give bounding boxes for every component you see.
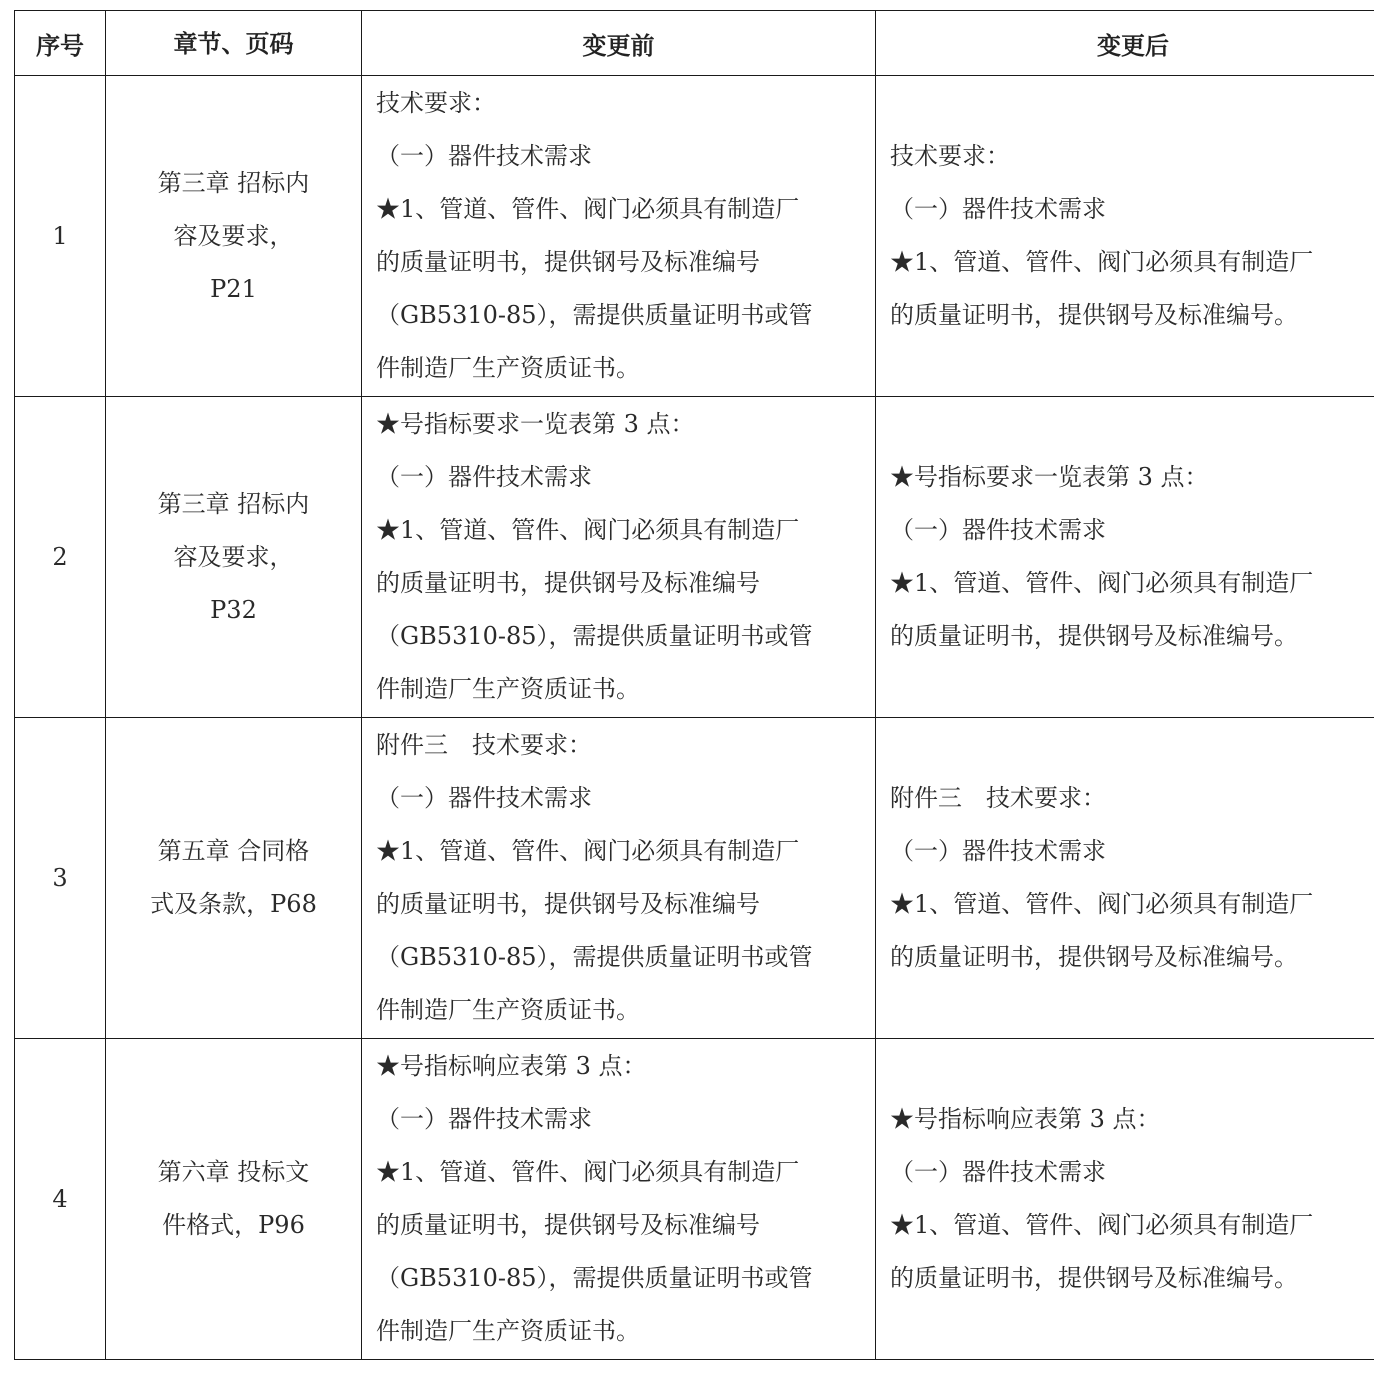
before-cell: ★号指标响应表第 3 点： （一）器件技术需求 ★1、管道、管件、阀门必须具有制… <box>362 1039 876 1360</box>
before-line: 附件三 技术要求： <box>376 719 861 772</box>
chapter-line: 容及要求， <box>120 531 347 584</box>
before-line: ★号指标要求一览表第 3 点： <box>376 398 861 451</box>
chapter-page-cell: 第五章 合同格 式及条款，P68 <box>106 718 362 1039</box>
header-after: 变更后 <box>876 11 1374 76</box>
before-line: ★1、管道、管件、阀门必须具有制造厂 <box>376 183 861 236</box>
before-line: 件制造厂生产资质证书。 <box>376 663 861 716</box>
before-line: 件制造厂生产资质证书。 <box>376 984 861 1037</box>
after-cell: ★号指标响应表第 3 点： （一）器件技术需求 ★1、管道、管件、阀门必须具有制… <box>876 1039 1374 1360</box>
after-line: 技术要求： <box>890 130 1374 183</box>
before-cell: 技术要求： （一）器件技术需求 ★1、管道、管件、阀门必须具有制造厂 的质量证明… <box>362 76 876 397</box>
before-line: （GB5310-85），需提供质量证明书或管 <box>376 610 861 663</box>
chapter-line: 式及条款，P68 <box>120 878 347 931</box>
chapter-page-cell: 第六章 投标文 件格式，P96 <box>106 1039 362 1360</box>
before-line: 件制造厂生产资质证书。 <box>376 1305 861 1358</box>
header-row: 序号 章节、页码 变更前 变更后 <box>15 11 1374 76</box>
after-line: ★1、管道、管件、阀门必须具有制造厂 <box>890 557 1374 610</box>
after-line: ★1、管道、管件、阀门必须具有制造厂 <box>890 878 1374 931</box>
before-cell: 附件三 技术要求： （一）器件技术需求 ★1、管道、管件、阀门必须具有制造厂 的… <box>362 718 876 1039</box>
chapter-page-cell: 第三章 招标内 容及要求， P21 <box>106 76 362 397</box>
before-cell: ★号指标要求一览表第 3 点： （一）器件技术需求 ★1、管道、管件、阀门必须具… <box>362 397 876 718</box>
change-table: 序号 章节、页码 变更前 变更后 1 第三章 招标内 容及要求， P21 技术要… <box>14 10 1374 1360</box>
before-line: ★1、管道、管件、阀门必须具有制造厂 <box>376 1146 861 1199</box>
before-line: 的质量证明书，提供钢号及标准编号 <box>376 557 861 610</box>
after-line: 的质量证明书，提供钢号及标准编号。 <box>890 610 1374 663</box>
chapter-line: 第五章 合同格 <box>120 825 347 878</box>
table-row: 2 第三章 招标内 容及要求， P32 ★号指标要求一览表第 3 点： （一）器… <box>15 397 1374 718</box>
chapter-line: 第六章 投标文 <box>120 1146 347 1199</box>
chapter-line: P21 <box>120 263 347 316</box>
after-line: （一）器件技术需求 <box>890 504 1374 557</box>
after-line: 的质量证明书，提供钢号及标准编号。 <box>890 289 1374 342</box>
row-number: 2 <box>15 397 106 718</box>
table-row: 3 第五章 合同格 式及条款，P68 附件三 技术要求： （一）器件技术需求 ★… <box>15 718 1374 1039</box>
row-number: 4 <box>15 1039 106 1360</box>
before-line: 技术要求： <box>376 77 861 130</box>
before-line: ★1、管道、管件、阀门必须具有制造厂 <box>376 504 861 557</box>
header-no: 序号 <box>15 11 106 76</box>
after-line: 的质量证明书，提供钢号及标准编号。 <box>890 931 1374 984</box>
before-line: （一）器件技术需求 <box>376 1093 861 1146</box>
before-line: 的质量证明书，提供钢号及标准编号 <box>376 878 861 931</box>
chapter-line: P32 <box>120 584 347 637</box>
before-line: （一）器件技术需求 <box>376 451 861 504</box>
table-row: 4 第六章 投标文 件格式，P96 ★号指标响应表第 3 点： （一）器件技术需… <box>15 1039 1374 1360</box>
after-line: 附件三 技术要求： <box>890 772 1374 825</box>
after-line: ★号指标要求一览表第 3 点： <box>890 451 1374 504</box>
before-line: （GB5310-85），需提供质量证明书或管 <box>376 931 861 984</box>
header-before: 变更前 <box>362 11 876 76</box>
before-line: 件制造厂生产资质证书。 <box>376 342 861 395</box>
before-line: （GB5310-85），需提供质量证明书或管 <box>376 1252 861 1305</box>
after-line: ★1、管道、管件、阀门必须具有制造厂 <box>890 1199 1374 1252</box>
before-line: （一）器件技术需求 <box>376 772 861 825</box>
before-line: 的质量证明书，提供钢号及标准编号 <box>376 1199 861 1252</box>
after-line: ★号指标响应表第 3 点： <box>890 1093 1374 1146</box>
after-cell: 附件三 技术要求： （一）器件技术需求 ★1、管道、管件、阀门必须具有制造厂 的… <box>876 718 1374 1039</box>
after-line: （一）器件技术需求 <box>890 1146 1374 1199</box>
after-line: （一）器件技术需求 <box>890 825 1374 878</box>
row-number: 3 <box>15 718 106 1039</box>
chapter-line: 容及要求， <box>120 210 347 263</box>
chapter-line: 第三章 招标内 <box>120 478 347 531</box>
before-line: （GB5310-85），需提供质量证明书或管 <box>376 289 861 342</box>
chapter-line: 第三章 招标内 <box>120 157 347 210</box>
after-cell: 技术要求： （一）器件技术需求 ★1、管道、管件、阀门必须具有制造厂 的质量证明… <box>876 76 1374 397</box>
before-line: ★号指标响应表第 3 点： <box>376 1040 861 1093</box>
header-chapter: 章节、页码 <box>106 11 362 76</box>
after-cell: ★号指标要求一览表第 3 点： （一）器件技术需求 ★1、管道、管件、阀门必须具… <box>876 397 1374 718</box>
table-row: 1 第三章 招标内 容及要求， P21 技术要求： （一）器件技术需求 ★1、管… <box>15 76 1374 397</box>
row-number: 1 <box>15 76 106 397</box>
chapter-page-cell: 第三章 招标内 容及要求， P32 <box>106 397 362 718</box>
chapter-line: 件格式，P96 <box>120 1199 347 1252</box>
after-line: （一）器件技术需求 <box>890 183 1374 236</box>
before-line: （一）器件技术需求 <box>376 130 861 183</box>
before-line: 的质量证明书，提供钢号及标准编号 <box>376 236 861 289</box>
after-line: ★1、管道、管件、阀门必须具有制造厂 <box>890 236 1374 289</box>
after-line: 的质量证明书，提供钢号及标准编号。 <box>890 1252 1374 1305</box>
before-line: ★1、管道、管件、阀门必须具有制造厂 <box>376 825 861 878</box>
